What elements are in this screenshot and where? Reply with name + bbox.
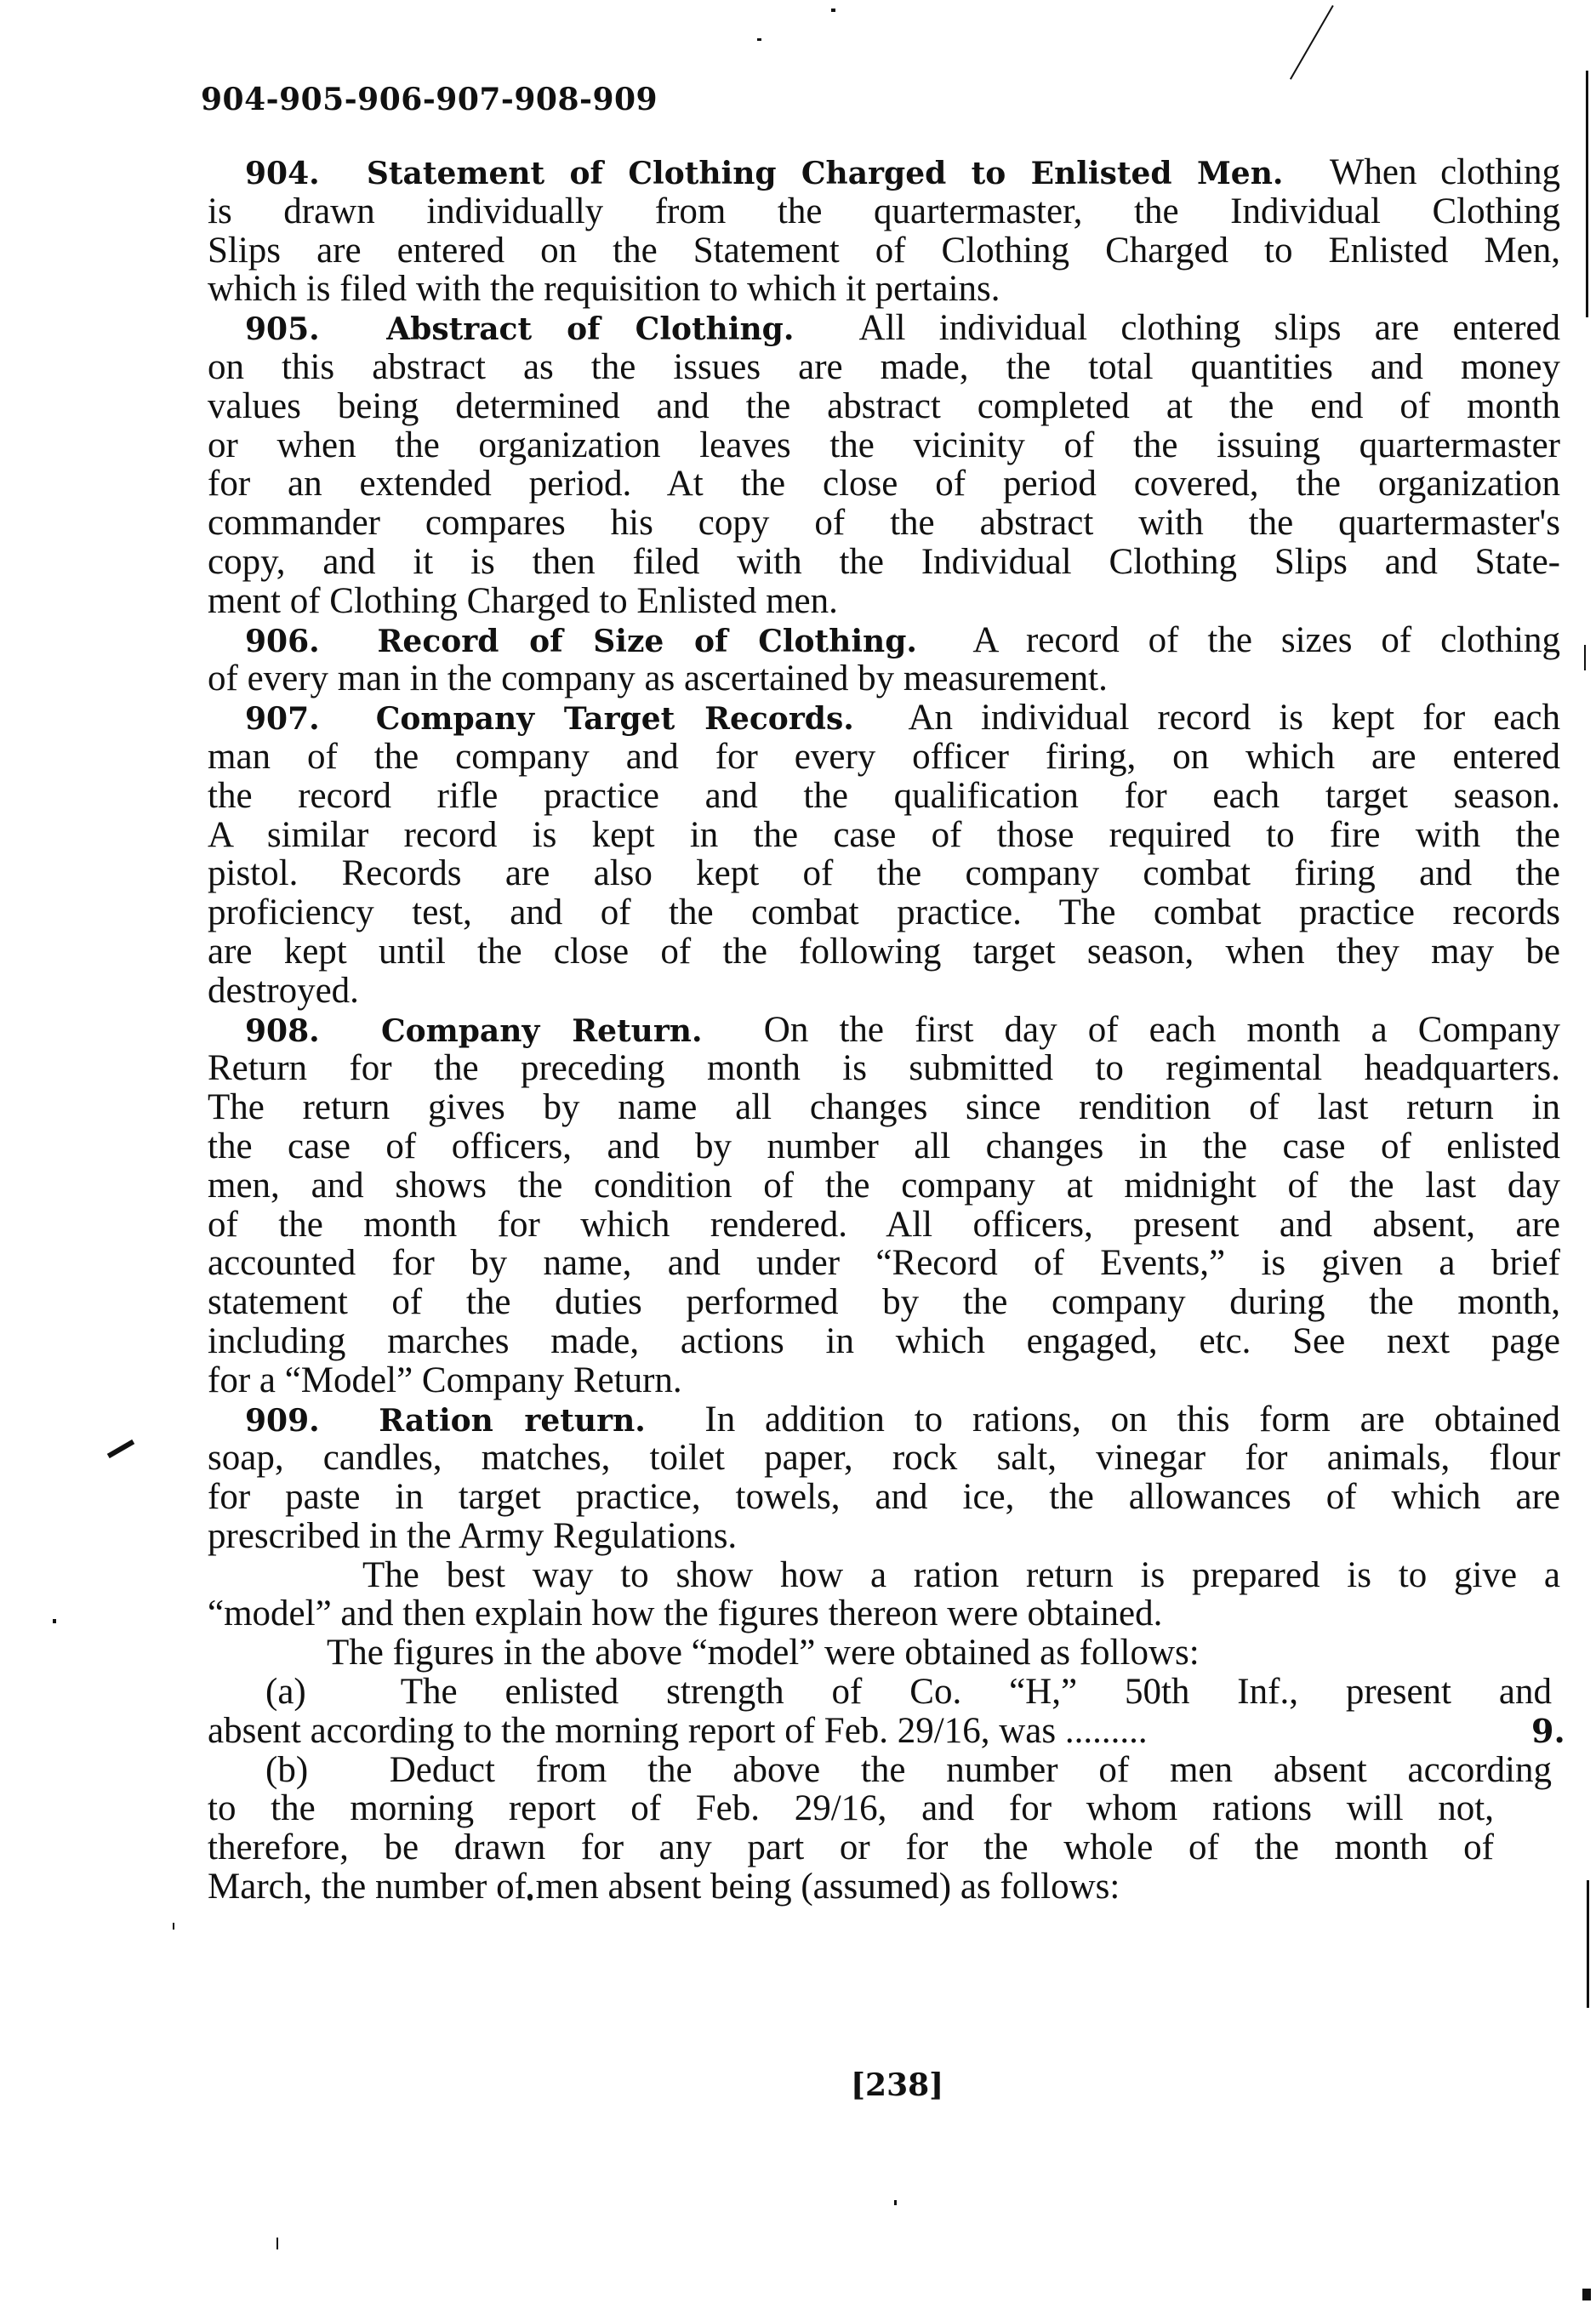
- figures-intro: The figures in the above “model” were ob…: [208, 1633, 1560, 1673]
- item-a-value: 9.: [1531, 1712, 1565, 1751]
- text-line: commander compares his copy of the abstr…: [208, 504, 1560, 543]
- text-line: “model” and then explain how the figures…: [208, 1594, 1560, 1633]
- text-line: values being determined and the abstract…: [208, 387, 1560, 426]
- section-number: 904.: [245, 156, 320, 191]
- item-a-label: (a): [265, 1672, 306, 1712]
- section-title: Company Target Records.: [376, 701, 854, 737]
- section-title: Abstract of Clothing.: [386, 311, 794, 347]
- text-line: are kept until the close of the followin…: [208, 932, 1560, 972]
- item-a-line-2: absent according to the morning report o…: [208, 1712, 1560, 1751]
- text-line: pistol. Records are also kept of the com…: [208, 854, 1560, 893]
- text-line: on this abstract as the issues are made,…: [208, 348, 1560, 387]
- scan-speck: [276, 2238, 278, 2249]
- text-line: Slips are entered on the Statement of Cl…: [208, 231, 1560, 271]
- item-b-line-1: (b) Deduct from the above the number of …: [208, 1751, 1552, 1790]
- text-line: destroyed.: [208, 972, 1560, 1011]
- section-title: Statement of Clothing Charged to Enliste…: [367, 156, 1284, 191]
- scan-blot: [1582, 2289, 1591, 2300]
- scan-speck: [527, 1894, 533, 1901]
- text-line: therefore, be drawn for any part or for …: [208, 1828, 1494, 1867]
- text-line: is drawn individually from the quarterma…: [208, 192, 1560, 231]
- section-909-heading-line: 909. Ration return. In addition to ratio…: [208, 1400, 1560, 1440]
- right-margin-rule-bottom: [1587, 1880, 1589, 2008]
- text-line: of the month for which rendered. All off…: [208, 1206, 1560, 1245]
- scan-speck: [894, 2200, 897, 2205]
- text-line: the case of officers, and by number all …: [208, 1127, 1560, 1166]
- scan-speck: [831, 9, 835, 12]
- text-line: which is filed with the requisition to w…: [208, 270, 1560, 309]
- section-number: 905.: [245, 311, 320, 347]
- text-line: Return for the preceding month is submit…: [208, 1049, 1560, 1088]
- document-page: 904-905-906-907-908-909 904. Statement o…: [0, 0, 1596, 2309]
- pen-stroke-mark: [1290, 5, 1334, 80]
- section-title: Company Return.: [381, 1013, 703, 1049]
- text-line: for paste in target practice, towels, an…: [208, 1478, 1560, 1517]
- item-a-line-1: (a) The enlisted strength of Co. “H,” 50…: [208, 1673, 1552, 1712]
- text-line: The best way to show how a ration return…: [208, 1556, 1560, 1595]
- text-line: March, the number of men absent being (a…: [208, 1867, 1560, 1907]
- section-number: 909.: [245, 1403, 320, 1439]
- text-line: of every man in the company as ascertain…: [208, 659, 1560, 698]
- pen-mark-left: [107, 1440, 134, 1458]
- item-b-label: (b): [265, 1750, 308, 1790]
- body-text: 904. Statement of Clothing Charged to En…: [208, 153, 1560, 1907]
- section-number: 907.: [245, 701, 320, 737]
- text-line: copy, and it is then filed with the Indi…: [208, 543, 1560, 582]
- text-line: or when the organization leaves the vici…: [208, 426, 1560, 465]
- scan-speck: [53, 1619, 56, 1623]
- text-line: proficiency test, and of the combat prac…: [208, 893, 1560, 932]
- section-908-heading-line: 908. Company Return. On the first day of…: [208, 1011, 1560, 1050]
- section-904-heading-line: 904. Statement of Clothing Charged to En…: [208, 153, 1560, 192]
- text-line: A similar record is kept in the case of …: [208, 816, 1560, 855]
- right-margin-tick: [1584, 645, 1586, 670]
- text-line: the record rifle practice and the qualif…: [208, 777, 1560, 816]
- section-906-heading-line: 906. Record of Size of Clothing. A recor…: [208, 621, 1560, 660]
- running-head: 904-905-906-907-908-909: [201, 82, 658, 117]
- page-number: [238]: [851, 2067, 943, 2103]
- section-905-heading-line: 905. Abstract of Clothing. All individua…: [208, 309, 1560, 348]
- section-title: Record of Size of Clothing.: [378, 624, 917, 659]
- right-margin-rule-top: [1586, 71, 1588, 317]
- section-number: 908.: [245, 1013, 320, 1049]
- section-907-heading-line: 907. Company Target Records. An individu…: [208, 698, 1560, 738]
- text-line: for an extended period. At the close of …: [208, 465, 1560, 504]
- text-line: ment of Clothing Charged to Enlisted men…: [208, 582, 1560, 621]
- text-line: soap, candles, matches, toilet paper, ro…: [208, 1439, 1560, 1478]
- text-line: men, and shows the condition of the comp…: [208, 1166, 1560, 1206]
- section-title: Ration return.: [379, 1403, 646, 1439]
- text-line: statement of the duties performed by the…: [208, 1283, 1560, 1322]
- text-line: man of the company and for every officer…: [208, 738, 1560, 777]
- text-line: to the morning report of Feb. 29/16, and…: [208, 1789, 1494, 1828]
- scan-speck: [757, 38, 761, 41]
- text-line: including marches made, actions in which…: [208, 1322, 1560, 1361]
- text-line: accounted for by name, and under “Record…: [208, 1244, 1560, 1283]
- text-line: The return gives by name all changes sin…: [208, 1088, 1560, 1127]
- text-line: prescribed in the Army Regulations.: [208, 1517, 1560, 1556]
- section-number: 906.: [245, 624, 320, 659]
- text-line: for a “Model” Company Return.: [208, 1361, 1560, 1400]
- scan-speck: [173, 1923, 174, 1930]
